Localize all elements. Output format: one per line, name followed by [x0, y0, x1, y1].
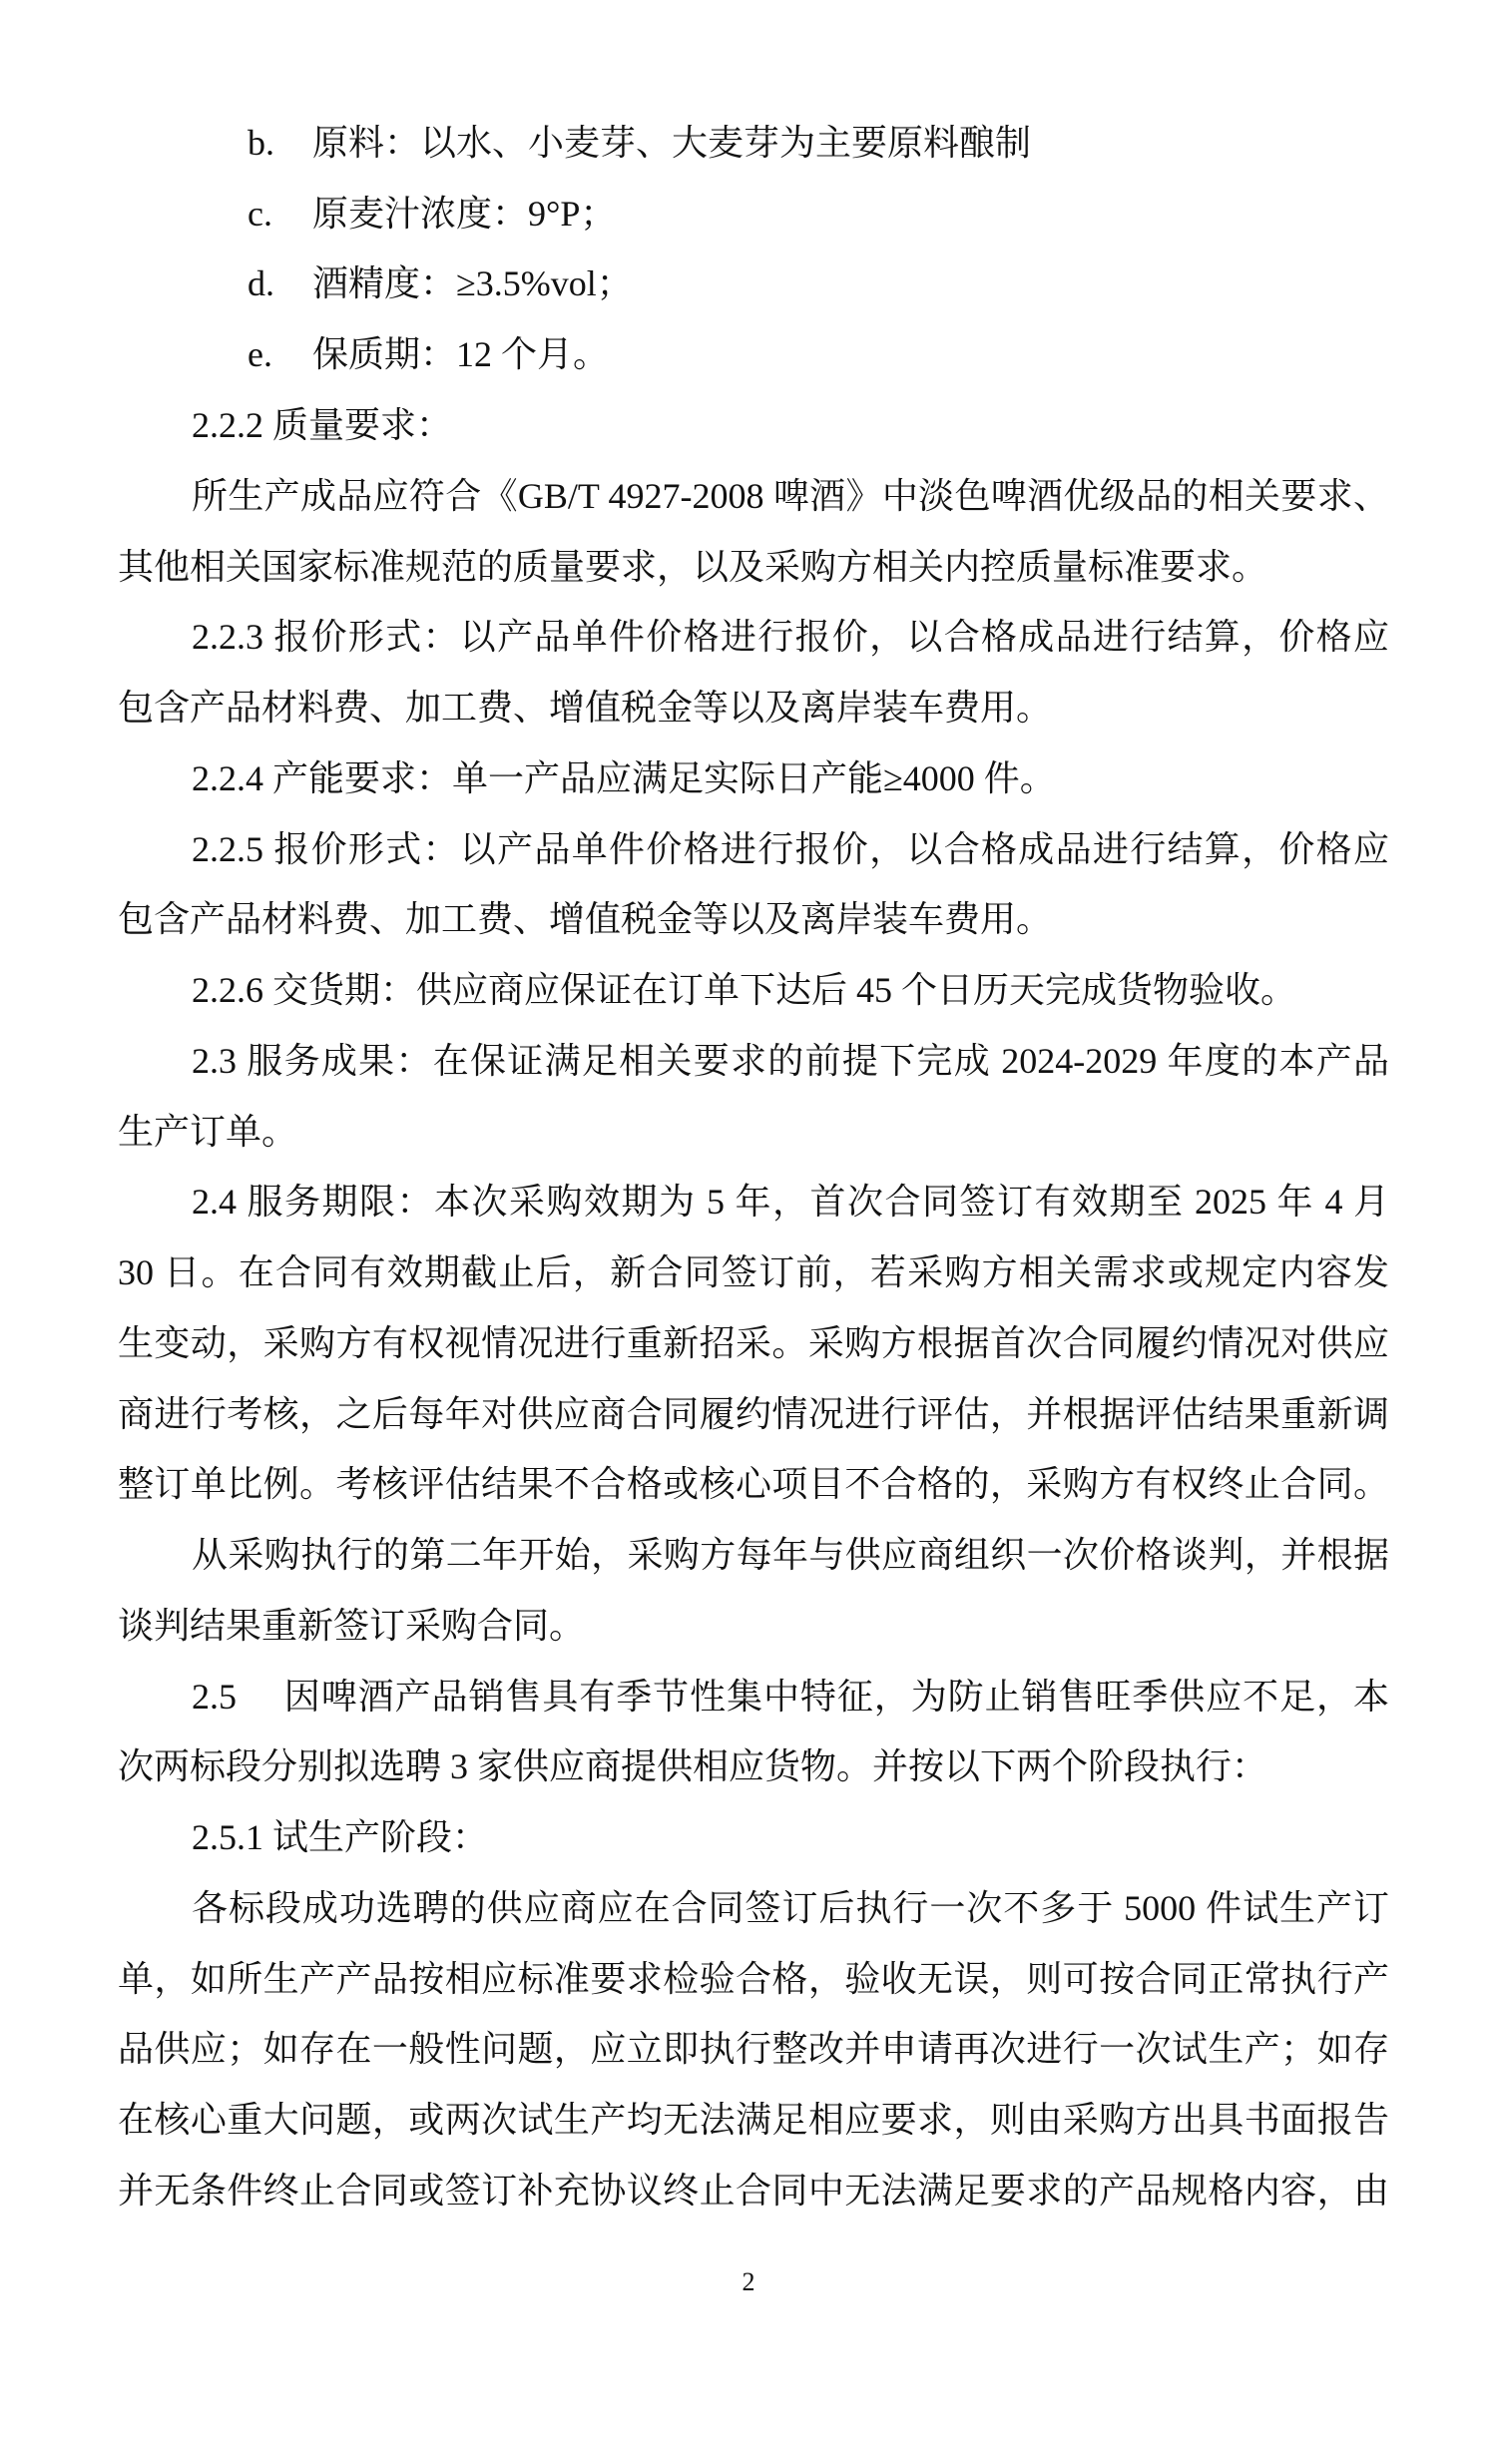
paragraph-line: 品供应；如存在一般性问题，应立即执行整改并申请再次进行一次试生产；如存	[118, 2024, 1389, 2074]
paragraph-line: 并无条件终止合同或签订补充协议终止合同中无法满足要求的产品规格内容，由	[118, 2166, 1389, 2216]
paragraph-line: 所生产成品应符合《GB/T 4927-2008 啤酒》中淡色啤酒优级品的相关要求…	[192, 471, 1389, 521]
paragraph-line: 次两标段分别拟选聘 3 家供应商提供相应货物。并按以下两个阶段执行：	[118, 1741, 1389, 1791]
paragraph-line: 在核心重大问题，或两次试生产均无法满足相应要求，则由采购方出具书面报告	[118, 2095, 1389, 2145]
paragraph-line: 商进行考核，之后每年对供应商合同履约情况进行评估，并根据评估结果重新调	[118, 1389, 1389, 1439]
list-label: c.	[248, 189, 272, 239]
list-label: d.	[248, 258, 274, 308]
paragraph-line: 包含产品材料费、加工费、增值税金等以及离岸装车费用。	[118, 683, 1389, 733]
paragraph-line: 30 日。在合同有效期截止后，新合同签订前，若采购方相关需求或规定内容发	[118, 1247, 1389, 1297]
list-text: 原料：以水、小麦芽、大麦芽为主要原料酿制	[312, 118, 1031, 168]
paragraph-line: 生产订单。	[118, 1107, 1389, 1157]
section-2-5-line: 2.5 因啤酒产品销售具有季节性集中特征，为防止销售旺季供应不足，本	[192, 1672, 1389, 1722]
section-heading-2-2-2: 2.2.2 质量要求：	[192, 400, 1389, 450]
paragraph-line: 单，如所生产产品按相应标准要求检验合格，验收无误，则可按合同正常执行产	[118, 1954, 1389, 2004]
page-number: 2	[0, 2265, 1497, 2299]
list-text: 原麦汁浓度：9°P；	[312, 189, 616, 239]
list-label: e.	[248, 329, 272, 379]
section-heading-2-5-1: 2.5.1 试生产阶段：	[192, 1812, 1389, 1862]
section-2-2-4-line: 2.2.4 产能要求：单一产品应满足实际日产能≥4000 件。	[192, 753, 1389, 803]
paragraph-line: 其他相关国家标准规范的质量要求，以及采购方相关内控质量标准要求。	[118, 542, 1389, 592]
section-2-2-3-line: 2.2.3 报价形式：以产品单件价格进行报价，以合格成品进行结算，价格应	[192, 612, 1389, 662]
list-text: 酒精度：≥3.5%vol；	[312, 258, 633, 308]
section-2-2-6-line: 2.2.6 交货期：供应商应保证在订单下达后 45 个日历天完成货物验收。	[192, 965, 1389, 1015]
list-text: 保质期：12 个月。	[312, 329, 609, 379]
list-label: b.	[248, 118, 274, 168]
section-2-3-line: 2.3 服务成果：在保证满足相关要求的前提下完成 2024-2029 年度的本产…	[192, 1036, 1389, 1086]
paragraph-line: 生变动，采购方有权视情况进行重新招采。采购方根据首次合同履约情况对供应	[118, 1318, 1389, 1368]
section-2-2-5-line: 2.2.5 报价形式：以产品单件价格进行报价，以合格成品进行结算，价格应	[192, 824, 1389, 874]
paragraph-line: 从采购执行的第二年开始，采购方每年与供应商组织一次价格谈判，并根据	[192, 1530, 1389, 1580]
section-2-4-line: 2.4 服务期限：本次采购效期为 5 年，首次合同签订有效期至 2025 年 4…	[192, 1177, 1389, 1227]
paragraph-line: 各标段成功选聘的供应商应在合同签订后执行一次不多于 5000 件试生产订	[192, 1883, 1389, 1933]
document-page: b. 原料：以水、小麦芽、大麦芽为主要原料酿制 c. 原麦汁浓度：9°P； d.…	[0, 0, 1497, 2464]
paragraph-line: 谈判结果重新签订采购合同。	[118, 1601, 1389, 1651]
paragraph-line: 包含产品材料费、加工费、增值税金等以及离岸装车费用。	[118, 894, 1389, 944]
paragraph-line: 整订单比例。考核评估结果不合格或核心项目不合格的，采购方有权终止合同。	[118, 1459, 1389, 1509]
